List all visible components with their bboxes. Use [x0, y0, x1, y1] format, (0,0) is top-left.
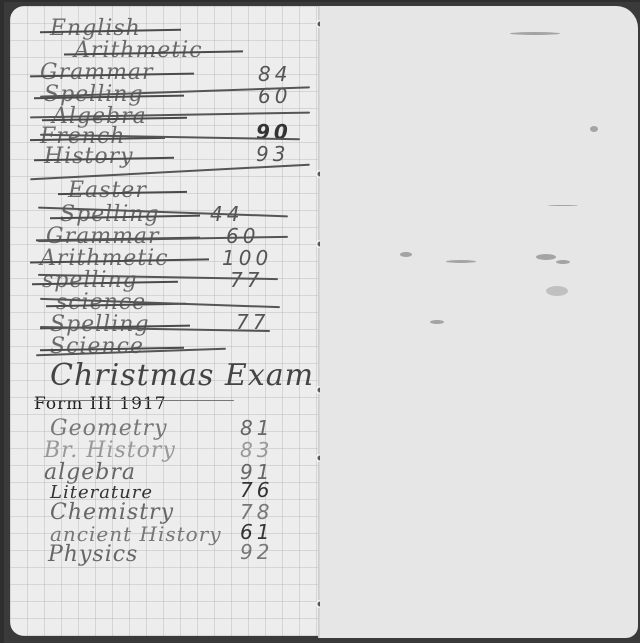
- exam-grade: 83: [240, 438, 273, 462]
- exam-grade: 92: [240, 540, 273, 564]
- notebook: English Arithmetic Grammar 84 Spelling 6…: [4, 2, 640, 643]
- exam-grade: 76: [240, 478, 273, 502]
- entry-subject: History: [44, 144, 134, 169]
- stain-mark: [430, 320, 444, 324]
- exam-subject: Physics: [48, 542, 138, 567]
- left-page: English Arithmetic Grammar 84 Spelling 6…: [10, 6, 320, 636]
- exam-subheading: Form III 1917: [34, 394, 167, 414]
- stain-mark: [446, 260, 476, 263]
- section-heading: Easter: [68, 178, 147, 203]
- stain-mark: [546, 286, 568, 296]
- entry-subject: Science: [50, 334, 144, 359]
- entry-grade: 77: [230, 268, 263, 292]
- stain-mark: [548, 205, 578, 206]
- right-page: [320, 6, 638, 638]
- entry-grade: 90: [256, 120, 292, 144]
- entry-grade: 93: [256, 142, 289, 166]
- stain-mark: [556, 260, 570, 264]
- stain-mark: [590, 126, 598, 132]
- stain-mark: [400, 252, 412, 257]
- stain-mark: [510, 32, 560, 35]
- stain-mark: [536, 254, 556, 260]
- underline: [34, 400, 234, 401]
- entry-grade: 84: [258, 62, 291, 86]
- exam-heading: Christmas Exam: [50, 358, 314, 393]
- exam-grade: 81: [240, 416, 273, 440]
- entry-grade: 100: [222, 246, 272, 270]
